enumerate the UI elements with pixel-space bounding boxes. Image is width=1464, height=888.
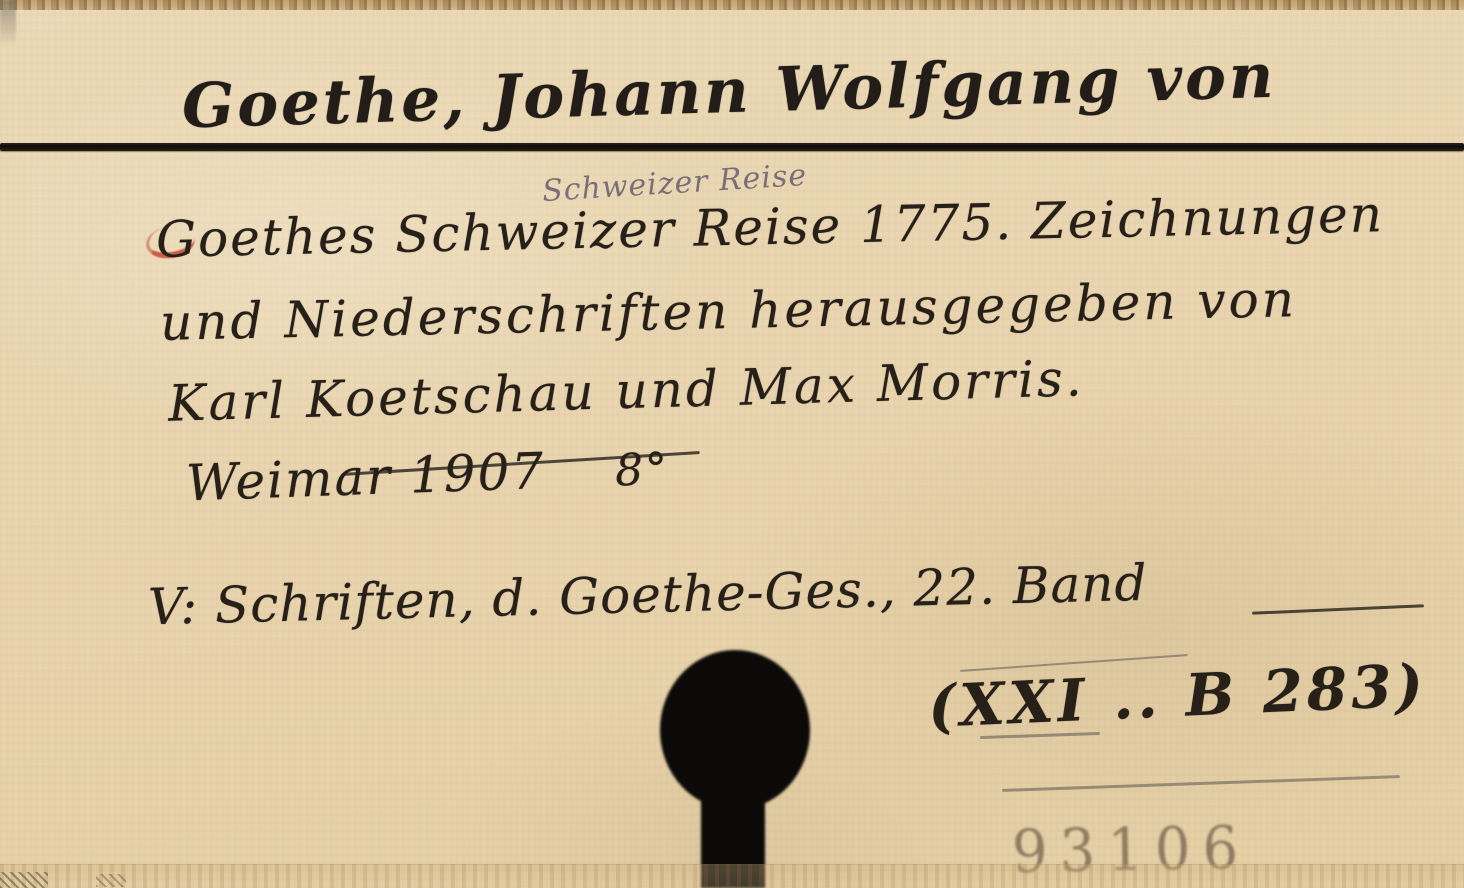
bottom-hatch-mark <box>96 874 126 887</box>
card-top-edge-texture <box>0 0 1464 10</box>
header-rule <box>0 143 1464 151</box>
bottom-left-hatch-mark <box>0 872 48 888</box>
editors-line: Karl Koetschau und Max Morris. <box>167 349 1085 433</box>
imprint-line: Weimar 19078° <box>185 438 670 513</box>
library-catalog-card: Goethe, Johann Wolfgang von Schweizer Re… <box>0 0 1464 888</box>
series-reference-line: V: Schriften, d. Goethe-Ges., 22. Band <box>147 554 1148 636</box>
card-bottom-edge-texture <box>0 864 1464 888</box>
title-line-1: Goethes Schweizer Reise 1775. Zeichnunge… <box>156 185 1385 269</box>
book-format-note: 8° <box>614 444 670 497</box>
imprint-place-year: Weimar 1907 <box>185 442 546 512</box>
title-line-2: und Niederschriften herausgegeben von <box>160 270 1298 352</box>
ink-flourish-band <box>1252 604 1424 614</box>
shelfmark: (XXI .. B 283) <box>927 651 1429 741</box>
author-heading: Goethe, Johann Wolfgang von <box>181 41 1277 143</box>
pencil-underline-shelfmark <box>1002 775 1400 792</box>
top-left-smudge <box>0 0 16 46</box>
punch-hole-circle <box>660 650 810 810</box>
